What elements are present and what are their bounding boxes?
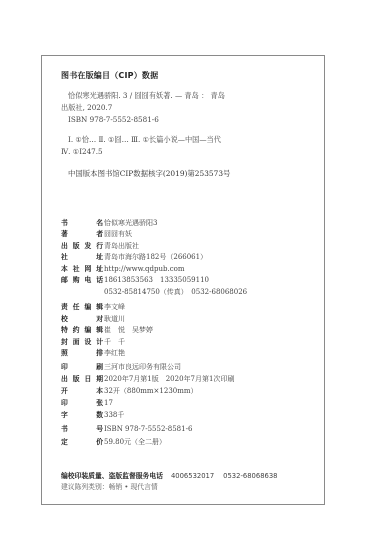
colophon-row-address: 社 址青岛市海尔路182号（266061） xyxy=(61,252,207,262)
colophon-row-isbn: 书 号ISBN 978-7-5552-8581-6 xyxy=(61,424,192,434)
colophon-row-fax-phone: 0532-85814750（传真） 0532-68068026 xyxy=(61,287,247,297)
colophon-row-website: 本社网址http://www.qdpub.com xyxy=(61,264,185,274)
colophon-row-proofreader: 校 对耿道川 xyxy=(61,314,125,324)
colophon-row-contributing-editor: 特约编辑崔 悦 吴梦婷 xyxy=(61,325,153,335)
colophon-row-author: 著 者囧囧有妖 xyxy=(61,229,132,239)
colophon-row-cover-design: 封面设计千 千 xyxy=(61,337,125,347)
cip-verification-number: 中国版本图书馆CIP数据核字(2019)第253573号 xyxy=(68,170,230,177)
colophon-row-editor: 责任编辑李文峰 xyxy=(61,302,125,312)
shelving-suggestion: 建议陈列类别：畅销 • 现代言情 xyxy=(61,484,158,491)
quality-hotline: 编校印装质量、盗版监督服务电话4006532017 0532-68068638 xyxy=(61,473,278,480)
colophon-row-typesetting: 照 排李红艳 xyxy=(61,348,125,358)
colophon-row-printed-sheets: 印 张17 xyxy=(61,398,113,408)
hotline-numbers: 4006532017 0532-68068638 xyxy=(171,472,278,480)
cip-frame: 图书在版编目（CIP）数据 恰似寒光遇骄阳. 3 / 囧囧有妖著. — 青岛 ：… xyxy=(41,55,325,505)
colophon-row-printer: 印 刷三河市良远印务有限公司 xyxy=(61,362,181,372)
colophon-row-word-count: 字 数338千 xyxy=(61,410,124,420)
hotline-label: 编校印装质量、盗版监督服务电话 xyxy=(61,472,163,480)
colophon-row-title: 书 名恰似寒光遇骄阳3 xyxy=(61,218,157,228)
colophon-row-format: 开 本32开（880mm×1230mm） xyxy=(61,386,198,396)
colophon-row-mail-order-phone: 邮购电话18613853563 13335059110 xyxy=(61,275,209,285)
colophon-row-publisher: 出版发行青岛出版社 xyxy=(61,241,139,251)
cip-classification-line-2: Ⅳ. ①I247.5 xyxy=(61,148,103,155)
colophon-row-publication-date: 出版日期2020年7月第1版 2020年7月第1次印刷 xyxy=(61,374,234,384)
cip-classification-line-1: Ⅰ. ①恰… Ⅱ. ①囧… Ⅲ. ①长篇小说—中国—当代 xyxy=(68,136,221,143)
cip-entry-line-1: 恰似寒光遇骄阳. 3 / 囧囧有妖著. — 青岛 ： 青岛 xyxy=(68,92,225,99)
cip-title: 图书在版编目（CIP）数据 xyxy=(61,72,158,80)
colophon-row-price: 定 价59.80元（全二册） xyxy=(61,437,166,447)
cip-isbn-line: ISBN 978-7-5552-8581-6 xyxy=(68,116,159,123)
cip-entry-line-2: 出版社, 2020.7 xyxy=(61,104,112,111)
